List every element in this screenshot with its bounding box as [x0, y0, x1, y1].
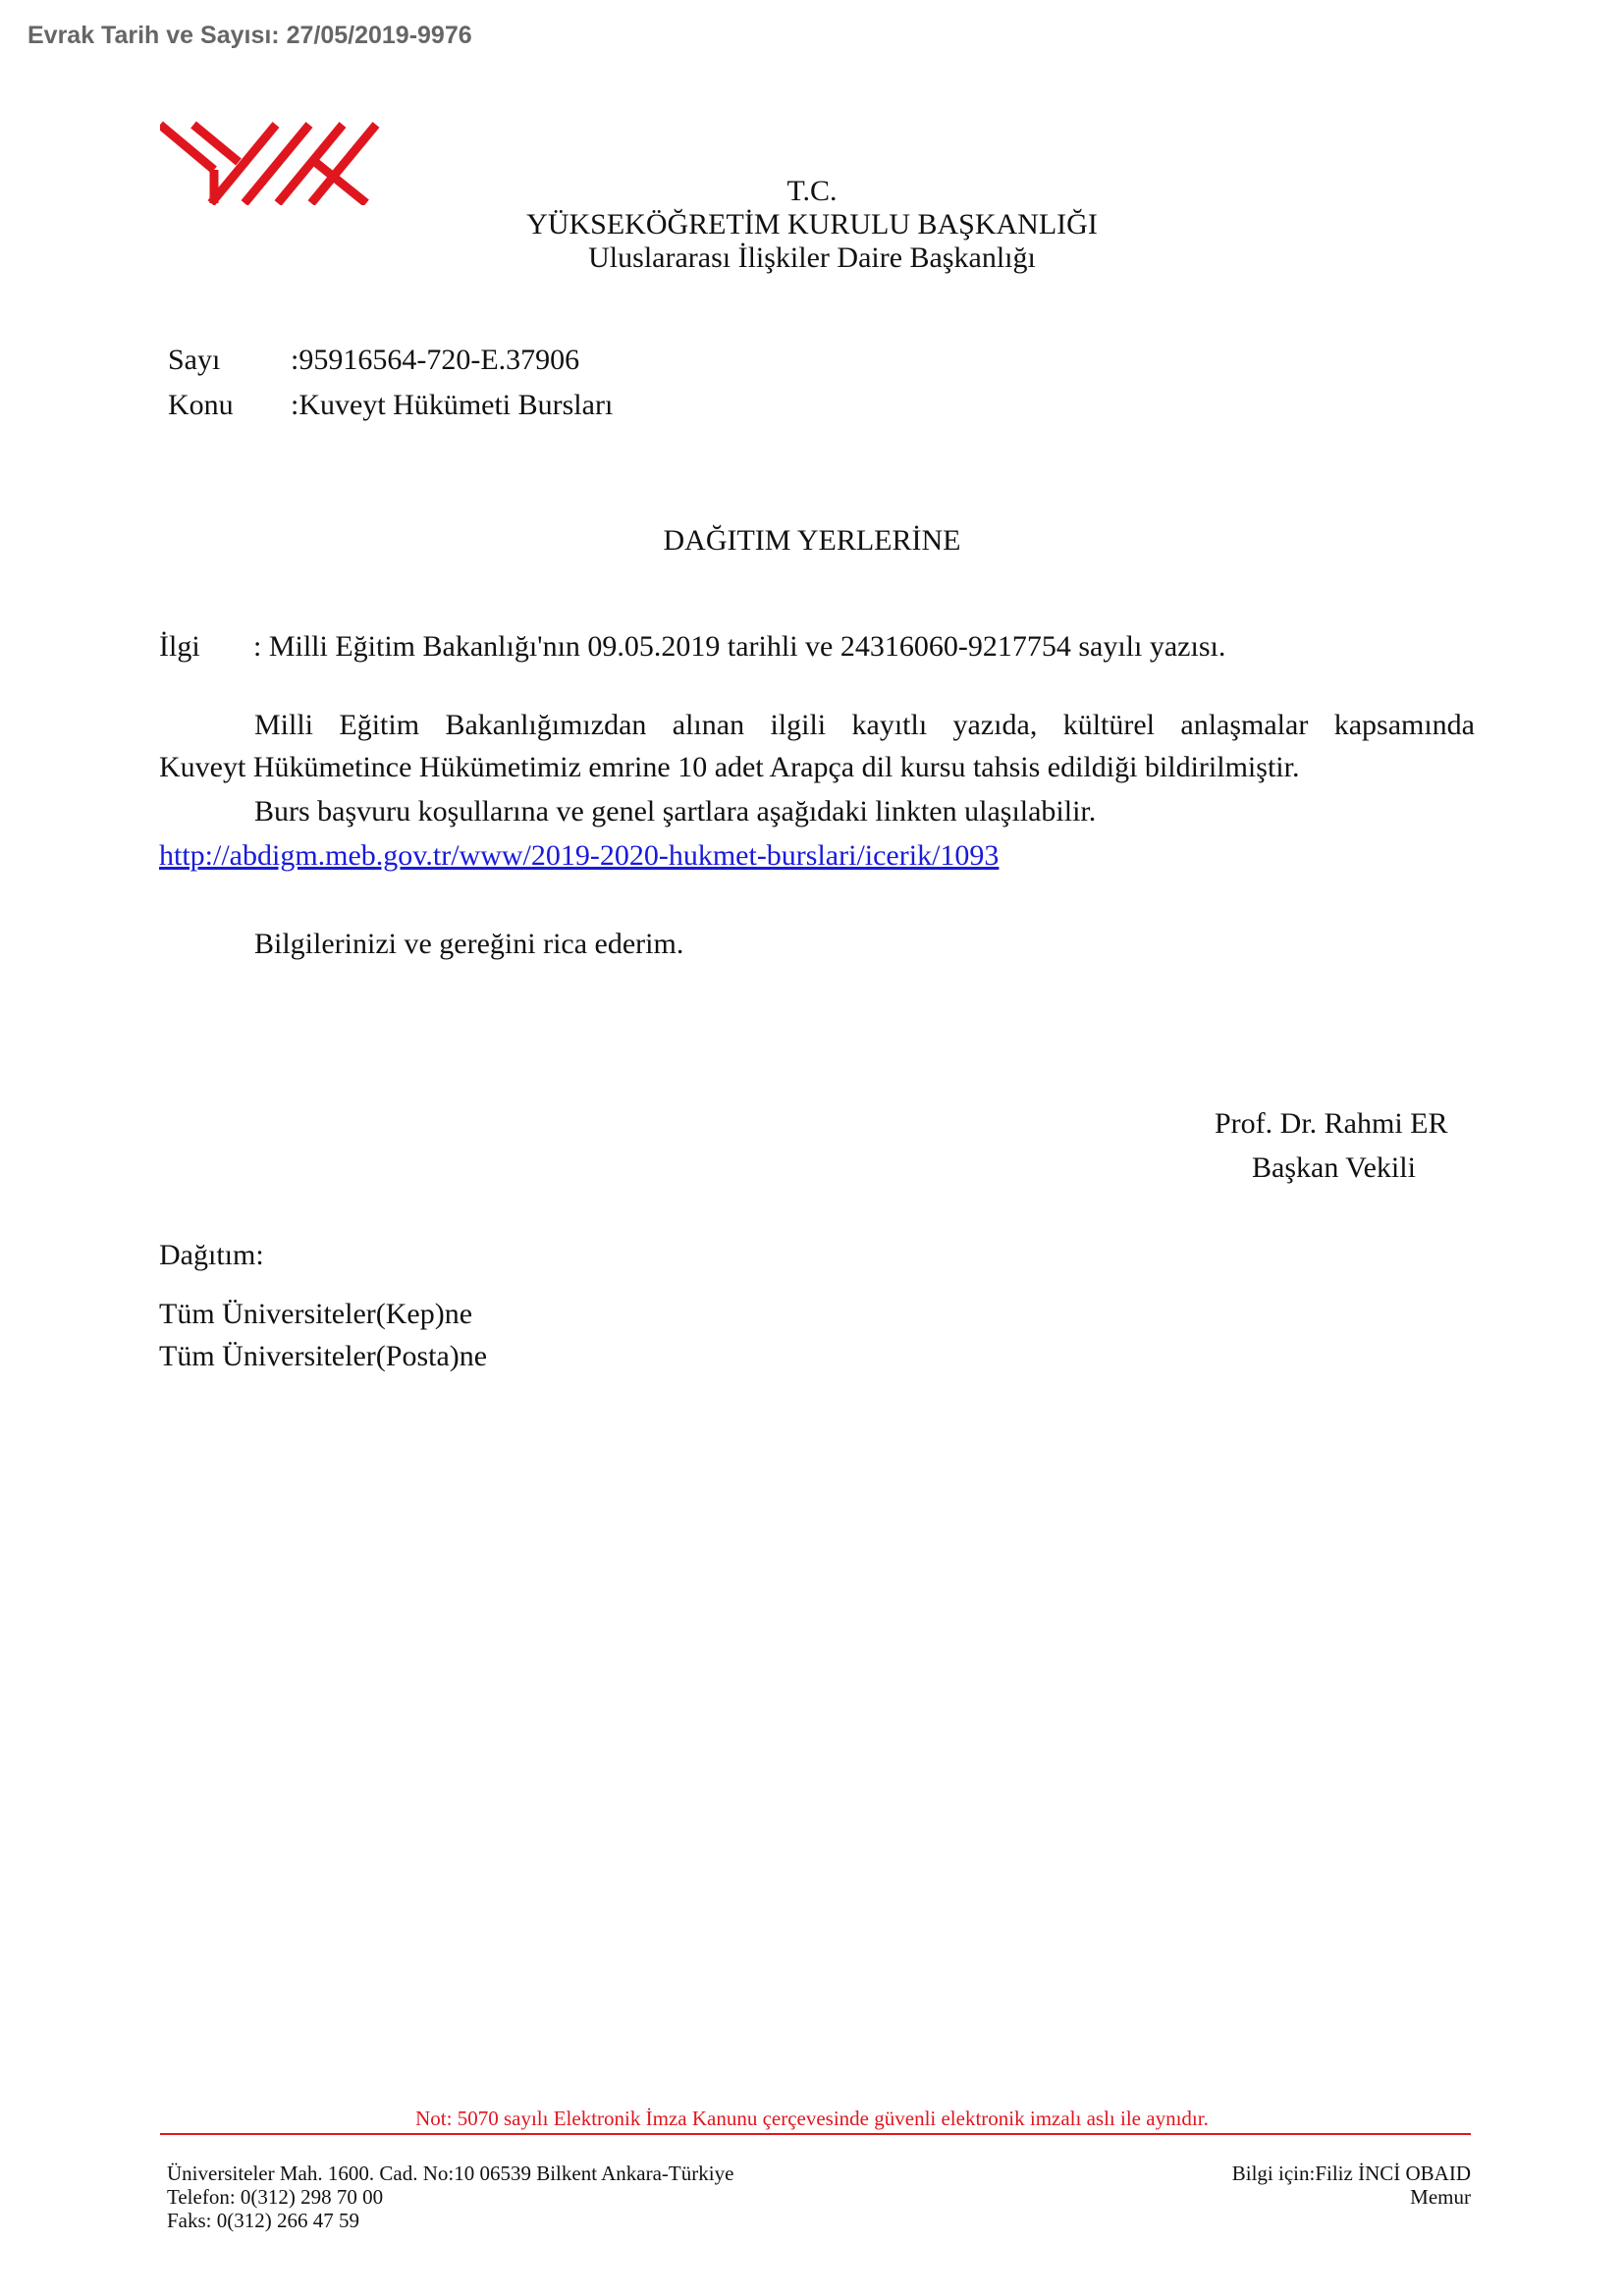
scholarship-info-link[interactable]: http://abdigm.meb.gov.tr/www/2019-2020-h… [159, 839, 999, 873]
e-signature-note: Not: 5070 sayılı Elektronik İmza Kanunu … [0, 2107, 1624, 2131]
meta-value-sayi: :95916564-720-E.37906 [291, 344, 579, 377]
distribution-item: Tüm Üniversiteler(Kep)ne [159, 1298, 472, 1331]
footer-address: Üniversiteler Mah. 1600. Cad. No:10 0653… [167, 2162, 733, 2185]
distribution-label: Dağıtım: [159, 1239, 264, 1272]
distribution-item: Tüm Üniversiteler(Posta)ne [159, 1340, 487, 1373]
header-tc: T.C. [0, 175, 1624, 208]
signatory-title: Başkan Vekili [1252, 1151, 1416, 1185]
body-paragraph-1-line-2: Kuveyt Hükümetince Hükümetimiz emrine 10… [159, 751, 1299, 784]
closing-text: Bilgilerinizi ve gereğini rica ederim. [254, 928, 683, 961]
footer-contact-role: Memur [1410, 2185, 1471, 2209]
footer-fax: Faks: 0(312) 266 47 59 [167, 2209, 359, 2232]
signatory-name: Prof. Dr. Rahmi ER [1215, 1107, 1448, 1141]
document-date-number-stamp: Evrak Tarih ve Sayısı: 27/05/2019-9976 [27, 22, 472, 50]
meta-label-konu: Konu [168, 389, 234, 422]
header-institution: YÜKSEKÖĞRETİM KURULU BAŞKANLIĞI [0, 208, 1624, 241]
ilgi-text: : Milli Eğitim Bakanlığı'nın 09.05.2019 … [253, 630, 1225, 664]
footer-phone: Telefon: 0(312) 298 70 00 [167, 2185, 383, 2209]
body-paragraph-2: Burs başvuru koşullarına ve genel şartla… [254, 795, 1096, 828]
footer-contact: Bilgi için:Filiz İNCİ OBAID [1232, 2162, 1471, 2185]
meta-value-konu: :Kuveyt Hükümeti Bursları [291, 389, 613, 422]
footer-divider [160, 2133, 1471, 2135]
meta-label-sayi: Sayı [168, 344, 220, 377]
header-department: Uluslararası İlişkiler Daire Başkanlığı [0, 241, 1624, 275]
recipient-title: DAĞITIM YERLERİNE [0, 524, 1624, 558]
body-paragraph-1-line-1: Milli Eğitim Bakanlığımızdan alınan ilgi… [254, 709, 1475, 742]
ilgi-label: İlgi [159, 630, 200, 664]
